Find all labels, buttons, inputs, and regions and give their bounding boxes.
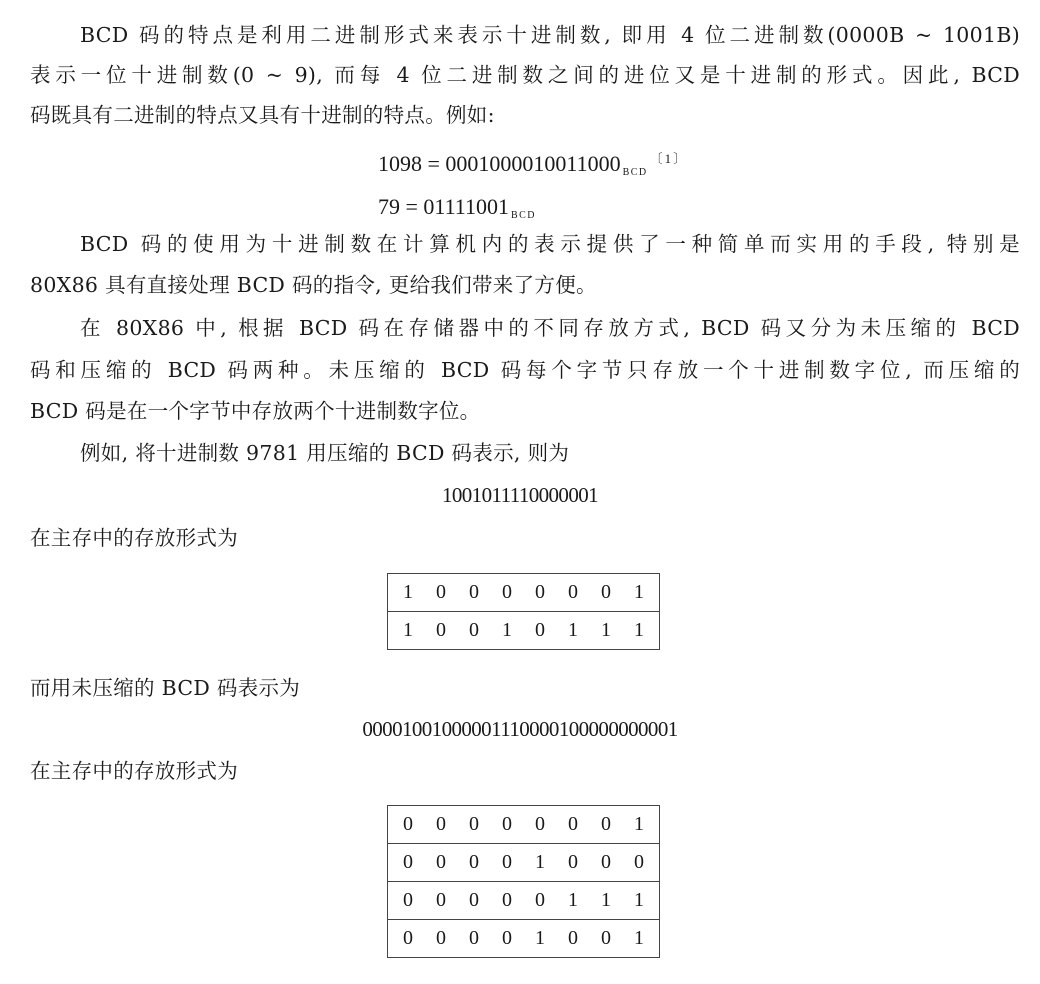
memory-row: 1 0 0 0 0 0 0 1	[388, 574, 660, 612]
memory-row: 0 0 0 0 1 0 0 1	[388, 920, 660, 958]
memory-cell: 0 0 0 0 0 1 1 1	[388, 882, 660, 920]
paragraph-2-line-1: BCD 码的使用为十进制数在计算机内的表示提供了一种简单而实用的手段, 特别是	[80, 230, 1020, 258]
memory-cell: 0 0 0 0 0 0 0 1	[388, 806, 660, 844]
packed-storage-label: 在主存中的存放形式为	[30, 524, 1020, 552]
formula-79: 79 = 01111001BCD	[378, 193, 536, 230]
unpacked-intro: 而用未压缩的 BCD 码表示为	[30, 674, 1020, 702]
unpacked-bcd-value: 00001001000001110000100000000001	[0, 715, 1040, 743]
paragraph-3-line-2: 码和压缩的 BCD 码两种。未压缩的 BCD 码每个字节只存放一个十进制数字位,…	[30, 356, 1020, 384]
formula-1098-expression: 1098 = 0001000010011000	[378, 151, 621, 176]
memory-row: 0 0 0 0 1 0 0 0	[388, 844, 660, 882]
paragraph-1-line-1: BCD 码的特点是利用二进制形式来表示十进制数, 即用 4 位二进制数(0000…	[80, 21, 1020, 49]
paragraph-1-line-2: 表示一位十进制数(0 ~ 9), 而每 4 位二进制数之间的进位又是十进制的形式…	[30, 61, 1020, 89]
unpacked-memory-table: 0 0 0 0 0 0 0 1 0 0 0 0 1 0 0 0 0 0 0 0 …	[387, 805, 660, 958]
memory-row: 1 0 0 1 0 1 1 1	[388, 612, 660, 650]
formula-1098-subscript: BCD	[623, 167, 648, 178]
memory-cell: 1 0 0 0 0 0 0 1	[388, 574, 660, 612]
memory-cell: 0 0 0 0 1 0 0 0	[388, 844, 660, 882]
unpacked-storage-label: 在主存中的存放形式为	[30, 757, 1020, 785]
packed-memory-table: 1 0 0 0 0 0 0 1 1 0 0 1 0 1 1 1	[387, 573, 660, 650]
paragraph-1-line-3: 码既具有二进制的特点又具有十进制的特点。例如:	[30, 101, 1020, 129]
paragraph-2-line-2: 80X86 具有直接处理 BCD 码的指令, 更给我们带来了方便。	[30, 271, 1020, 299]
paragraph-3-line-3: BCD 码是在一个字节中存放两个十进制数字位。	[30, 397, 1020, 425]
paragraph-4-line-1: 例如, 将十进制数 9781 用压缩的 BCD 码表示, 则为	[80, 439, 1020, 467]
document-page: BCD 码的特点是利用二进制形式来表示十进制数, 即用 4 位二进制数(0000…	[0, 0, 1040, 984]
paragraph-3-line-1: 在 80X86 中, 根据 BCD 码在存储器中的不同存放方式, BCD 码又分…	[80, 314, 1020, 342]
memory-cell: 0 0 0 0 1 0 0 1	[388, 920, 660, 958]
formula-79-expression: 79 = 01111001	[378, 194, 509, 219]
formula-1098: 1098 = 0001000010011000BCD〔1〕	[378, 145, 688, 187]
formula-79-subscript: BCD	[511, 210, 536, 221]
memory-row: 0 0 0 0 0 0 0 1	[388, 806, 660, 844]
memory-cell: 1 0 0 1 0 1 1 1	[388, 612, 660, 650]
packed-bcd-value: 1001011110000001	[0, 481, 1040, 509]
footnote-reference[interactable]: 〔1〕	[650, 151, 689, 166]
memory-row: 0 0 0 0 0 1 1 1	[388, 882, 660, 920]
